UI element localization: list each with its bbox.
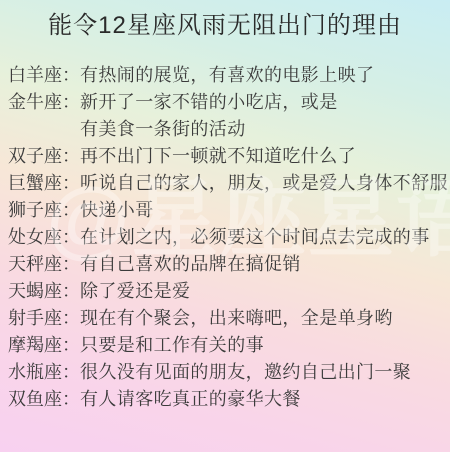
zodiac-sign-label: 双子座：	[8, 143, 80, 170]
entry-gemini: 双子座： 再不出门下一顿就不知道吃什么了	[0, 143, 450, 170]
zodiac-reason: 有自己喜欢的品牌在搞促销	[80, 251, 450, 278]
zodiac-sign-label: 天秤座：	[8, 251, 80, 278]
entry-capricorn: 摩羯座： 只要是和工作有关的事	[0, 332, 450, 359]
sign-name: 金牛座	[8, 92, 62, 112]
zodiac-reason: 很久没有见面的朋友，邀约自己出门一聚	[80, 359, 450, 386]
entry-sagittarius: 射手座： 现在有个聚会，出来嗨吧，全是单身哟	[0, 305, 450, 332]
sign-name: 天秤座	[8, 254, 62, 274]
sign-name: 天蝎座	[8, 281, 62, 301]
sign-name: 白羊座	[8, 65, 62, 85]
zodiac-sign-label: 射手座：	[8, 305, 80, 332]
zodiac-sign-label: 金牛座：	[8, 89, 80, 116]
colon-separator: ：	[62, 362, 80, 382]
zodiac-sign-label: 狮子座：	[8, 197, 80, 224]
page-title: 能令12星座风雨无阻出门的理由	[8, 10, 442, 42]
colon-separator: ：	[62, 308, 80, 328]
entry-leo: 狮子座： 快递小哥	[0, 197, 450, 224]
entry-pisces: 双鱼座： 有人请客吃真正的豪华大餐	[0, 386, 450, 413]
sign-name: 巨蟹座	[8, 173, 62, 193]
sign-name: 摩羯座	[8, 335, 62, 355]
zodiac-reason: 在计划之内，必须要这个时间点去完成的事	[80, 224, 450, 251]
entry-scorpio: 天蝎座： 除了爱还是爱	[0, 278, 450, 305]
colon-separator: ：	[62, 335, 80, 355]
sign-name: 狮子座	[8, 200, 62, 220]
entry-libra: 天秤座： 有自己喜欢的品牌在搞促销	[0, 251, 450, 278]
zodiac-sign-label: 处女座：	[8, 224, 80, 251]
colon-separator: ：	[62, 389, 80, 409]
sign-name: 水瓶座	[8, 362, 62, 382]
horoscope-card: 能令12星座风雨无阻出门的理由 白羊座： 有热闹的展览，有喜欢的电影上映了 金牛…	[0, 0, 450, 452]
zodiac-reason: 再不出门下一顿就不知道吃什么了	[80, 143, 450, 170]
zodiac-reason: 现在有个聚会，出来嗨吧，全是单身哟	[80, 305, 450, 332]
colon-separator: ：	[62, 200, 80, 220]
zodiac-reason: 有人请客吃真正的豪华大餐	[80, 386, 450, 413]
colon-separator: ：	[62, 281, 80, 301]
sign-name: 双子座	[8, 146, 62, 166]
entry-virgo: 处女座： 在计划之内，必须要这个时间点去完成的事	[0, 224, 450, 251]
zodiac-reason: 新开了一家不错的小吃店，或是 有美食一条街的活动	[80, 89, 450, 143]
entry-cancer: 巨蟹座： 听说自己的家人，朋友，或是爱人身体不舒服	[0, 170, 450, 197]
zodiac-reason: 有热闹的展览，有喜欢的电影上映了	[80, 62, 450, 89]
zodiac-sign-label: 水瓶座：	[8, 359, 80, 386]
colon-separator: ：	[62, 146, 80, 166]
zodiac-sign-label: 双鱼座：	[8, 386, 80, 413]
zodiac-reason: 只要是和工作有关的事	[80, 332, 450, 359]
zodiac-sign-label: 天蝎座：	[8, 278, 80, 305]
sign-name: 处女座	[8, 227, 62, 247]
entry-aquarius: 水瓶座： 很久没有见面的朋友，邀约自己出门一聚	[0, 359, 450, 386]
colon-separator: ：	[62, 254, 80, 274]
zodiac-reason: 除了爱还是爱	[80, 278, 450, 305]
zodiac-list: 白羊座： 有热闹的展览，有喜欢的电影上映了 金牛座： 新开了一家不错的小吃店，或…	[0, 62, 450, 413]
entry-aries: 白羊座： 有热闹的展览，有喜欢的电影上映了	[0, 62, 450, 89]
colon-separator: ：	[62, 65, 80, 85]
colon-separator: ：	[62, 173, 80, 193]
colon-separator: ：	[62, 92, 80, 112]
zodiac-sign-label: 巨蟹座：	[8, 170, 80, 197]
zodiac-sign-label: 白羊座：	[8, 62, 80, 89]
sign-name: 射手座	[8, 308, 62, 328]
zodiac-sign-label: 摩羯座：	[8, 332, 80, 359]
sign-name: 双鱼座	[8, 389, 62, 409]
zodiac-reason: 听说自己的家人，朋友，或是爱人身体不舒服	[80, 170, 450, 197]
colon-separator: ：	[62, 227, 80, 247]
zodiac-reason: 快递小哥	[80, 197, 450, 224]
entry-taurus: 金牛座： 新开了一家不错的小吃店，或是 有美食一条街的活动	[0, 89, 450, 143]
